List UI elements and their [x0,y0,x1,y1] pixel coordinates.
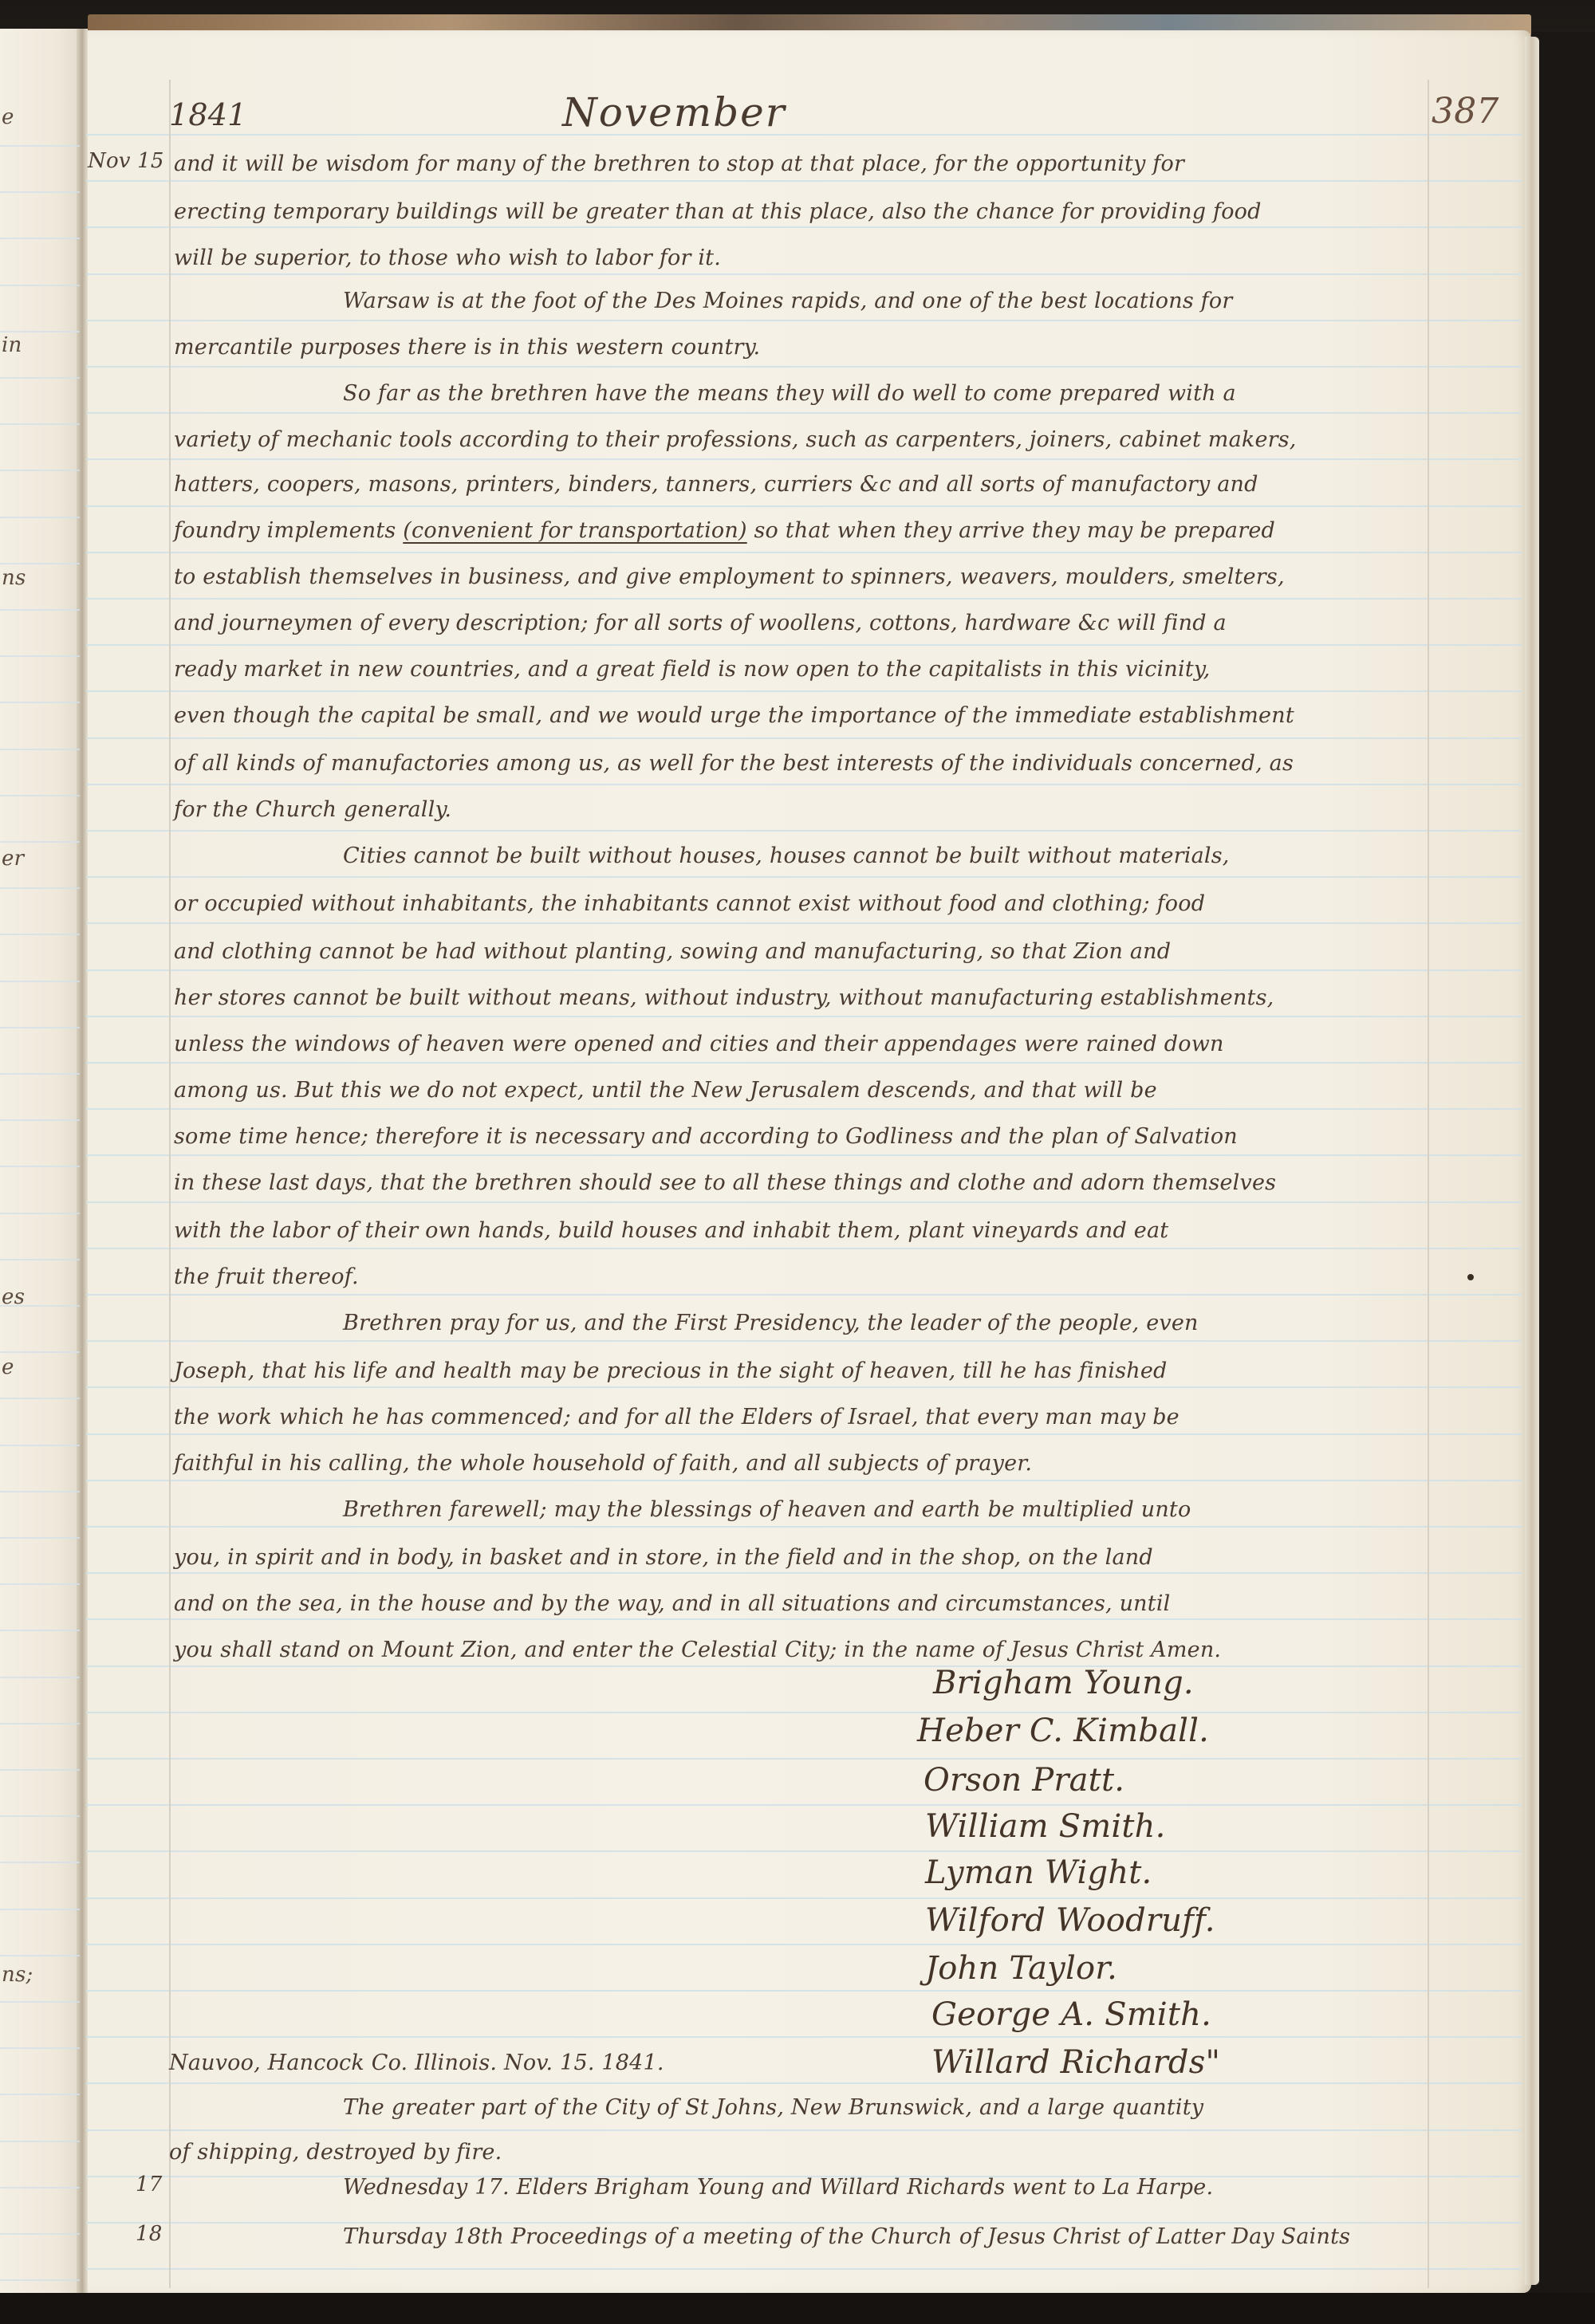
text-line: of all kinds of manufactories among us, … [174,751,1294,776]
rule-line [86,1480,1522,1481]
text-fragment: so that when they arrive they may be pre… [747,518,1275,543]
rule-line [86,1340,1522,1342]
rule-line [86,1618,1522,1620]
rule-line [86,2129,1522,2131]
text-line: faithful in his calling, the whole house… [174,1451,1032,1476]
text-line: and clothing cannot be had without plant… [174,939,1171,964]
rule-line [0,1213,80,1214]
rule-line [86,366,1522,368]
margin-date-17: 17 [136,2173,162,2196]
rule-line [0,2187,80,2188]
text-line: the work which he has commenced; and for… [174,1405,1180,1429]
rule-line [86,830,1522,832]
rule-line [86,226,1522,228]
rule-line [0,517,80,518]
journal-page [86,30,1531,2293]
rule-line [0,981,80,982]
rule-line [0,1398,80,1399]
rule-line [86,1897,1522,1899]
text-line: among us. But this we do not expect, unt… [174,1078,1157,1103]
header-year: 1841 [169,97,247,132]
rule-line [0,470,80,471]
text-line: unless the windows of heaven were opened… [174,1032,1224,1056]
rule-line [86,1944,1522,1945]
text-line: Brethren pray for us, and the First Pres… [343,1311,1199,1335]
text-line: and it will be wisdom for many of the br… [174,151,1184,176]
rule-line [0,1166,80,1167]
text-line: variety of mechanic tools according to t… [174,427,1297,452]
text-line: Warsaw is at the foot of the Des Moines … [343,289,1232,313]
signature: George A. Smith. [931,1996,1211,2033]
rule-line [0,1073,80,1075]
rule-line [0,1677,80,1678]
rule-line [86,320,1522,321]
rule-line [0,1630,80,1631]
rule-line [0,377,80,379]
rule-line [0,655,80,657]
rule-line [0,331,80,332]
rule-line [86,1201,1522,1203]
signature: Wilford Woodruff. [925,1902,1215,1939]
signature: Brigham Young. [933,1665,1194,1701]
rule-line [0,191,80,193]
signature: John Taylor. [925,1950,1117,1987]
rule-line [0,1815,80,1817]
text-line: So far as the brethren have the means th… [343,381,1236,406]
text-line: will be superior, to those who wish to l… [174,246,721,270]
text-line: her stores cannot be built without means… [174,985,1274,1010]
rule-line [86,1433,1522,1435]
book-gutter [77,29,88,2293]
rule-line [0,1583,80,1585]
rule-line [0,2047,80,2049]
rule-line [0,1351,80,1353]
facing-page-fragment: e [2,1355,14,1379]
rule-line [0,238,80,239]
rule-line [86,1154,1522,1156]
rule-line [0,1027,80,1028]
rule-line [86,2082,1522,2084]
text-line: hatters, coopers, masons, printers, bind… [174,472,1258,497]
rule-line [86,1990,1522,1992]
rule-line [0,702,80,703]
signature: William Smith. [925,1808,1166,1845]
text-line: Brethren farewell; may the blessings of … [343,1497,1191,1522]
place-and-date: Nauvoo, Hancock Co. Illinois. Nov. 15. 1… [169,2051,664,2075]
rule-line [0,934,80,935]
rule-line [86,552,1522,553]
text-line: Cities cannot be built without houses, h… [343,843,1230,868]
rule-line [0,1491,80,1492]
margin-date-18: 18 [136,2222,162,2246]
rule-line [86,644,1522,646]
rule-line [86,1665,1522,1667]
rule-line [0,749,80,750]
signature: Willard Richards" [931,2044,1220,2081]
rule-line [0,1769,80,1771]
rule-line [0,1955,80,1956]
rule-line [0,1723,80,1724]
rule-line [86,1294,1522,1296]
rule-line [0,563,80,564]
rule-line [0,2141,80,2142]
rule-line [86,876,1522,878]
text-line: and journeymen of every description; for… [174,611,1227,635]
rule-line [86,412,1522,414]
rule-line [0,887,80,889]
rule-line [86,458,1522,460]
rule-line [0,2094,80,2095]
rule-line [0,1909,80,1910]
rule-line [86,922,1522,924]
facing-page [0,29,81,2293]
rule-line [86,1804,1522,1806]
rule-line [86,134,1522,136]
rule-line [0,285,80,286]
rule-line [0,2279,80,2281]
rule-line [0,145,80,147]
journal-entry-18: Thursday 18th Proceedings of a meeting o… [343,2224,1350,2249]
rule-line [0,841,80,843]
signature: Heber C. Kimball. [917,1713,1209,1749]
rule-line [86,1248,1522,1249]
facing-page-fragment: e [2,105,14,129]
rule-line [86,1108,1522,1110]
rule-line [86,737,1522,739]
text-line: or occupied without inhabitants, the inh… [174,891,1205,916]
rule-line [86,1386,1522,1388]
text-fragment: foundry implements [174,518,396,543]
rule-line [86,273,1522,275]
rule-line [0,2233,80,2235]
text-line: Joseph, that his life and health may be … [174,1359,1168,1383]
text-line: mercantile purposes there is in this wes… [174,335,760,360]
signature: Orson Pratt. [924,1762,1124,1799]
margin-date-nov-15: Nov 15 [88,149,164,173]
facing-page-fragment: ns [2,566,26,590]
facing-page-fragment: ns; [2,1963,33,1987]
journal-entry-17: Wednesday 17. Elders Brigham Young and W… [343,2175,1213,2200]
text-line: in these last days, that the brethren sh… [174,1170,1276,1195]
facing-page-fragment: es [2,1285,25,1309]
text-line: for the Church generally. [174,797,451,822]
text-line: and on the sea, in the house and by the … [174,1591,1171,1616]
rule-line [86,2222,1522,2224]
book-bottom-shadow [0,2293,1595,2324]
rule-line [0,1445,80,1446]
rule-line [0,423,80,425]
rule-line [86,1712,1522,1713]
rule-line [86,1758,1522,1760]
text-line: ready market in new countries, and a gre… [174,657,1211,682]
facing-page-fragment: er [2,847,24,871]
rule-line [86,690,1522,692]
rule-line [0,2001,80,2003]
rule-line [0,609,80,611]
text-line: some time hence; therefore it is necessa… [174,1124,1238,1149]
right-margin-rule [1428,80,1429,2288]
page-fore-edge [1525,37,1539,2285]
page-number: 387 [1432,91,1499,132]
rule-line [0,1537,80,1539]
rule-line [86,180,1522,182]
left-margin-rule [169,80,171,2288]
rule-line [86,969,1522,971]
text-line: to establish themselves in business, and… [174,564,1285,589]
text-line: of shipping, destroyed by fire. [169,2140,502,2165]
rule-line [0,1259,80,1260]
signature: Lyman Wight. [925,1854,1152,1891]
rule-line [86,1062,1522,1064]
ink-speck [1467,1274,1474,1280]
rule-line [0,1862,80,1863]
rule-line [86,1850,1522,1852]
underlined-phrase: (convenient for transportation) [403,518,746,543]
text-line: you shall stand on Mount Zion, and enter… [174,1638,1221,1662]
rule-line [86,2268,1522,2270]
facing-page-fragment: in [2,333,22,357]
text-line: the fruit thereof. [174,1264,359,1289]
text-line: erecting temporary buildings will be gre… [174,199,1262,224]
rule-line [86,2036,1522,2038]
header-month: November [562,89,786,136]
rule-line [86,598,1522,600]
text-line: foundry implements (convenient for trans… [174,518,1275,543]
text-line: even though the capital be small, and we… [174,703,1294,728]
text-line: you, in spirit and in body, in basket an… [174,1545,1153,1570]
rule-line [86,784,1522,785]
text-line: with the labor of their own hands, build… [174,1218,1168,1243]
rule-line [0,795,80,796]
rule-line [86,1016,1522,1017]
rule-line [86,1572,1522,1574]
rule-line [86,1526,1522,1528]
rule-line [0,1119,80,1121]
rule-line [86,505,1522,507]
text-line: The greater part of the City of St Johns… [343,2095,1203,2120]
